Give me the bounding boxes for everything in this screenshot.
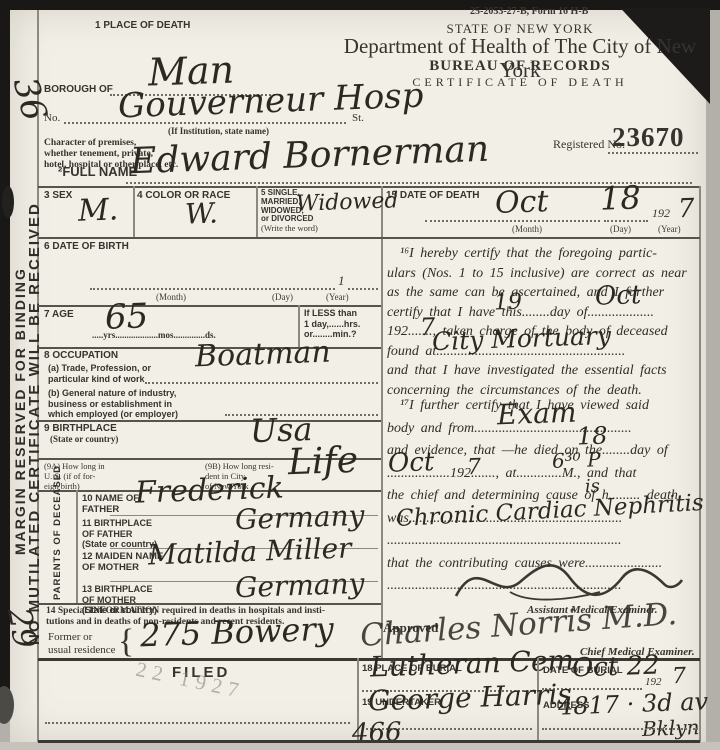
cert17-time-value: 6³⁰ P (552, 449, 601, 471)
scanned-death-certificate: 25-2053-27-B, Form 16 H-B MARGIN RESERVE… (0, 0, 720, 750)
cert17-month-value: Oct (388, 449, 435, 477)
death-year-value: 7 (678, 196, 695, 223)
marital-value: Widowed (296, 190, 399, 216)
father-bp-value: Germany (235, 502, 365, 534)
ink-blob-left (2, 186, 14, 218)
residence-value: 275 Bowery (140, 613, 335, 652)
rule-parents (38, 603, 381, 605)
dob-day-note: (Day) (272, 292, 293, 302)
institution-note: (If Institution, state name) (168, 126, 269, 136)
occupation-a-label: (a) Trade, Profession, or particular kin… (48, 363, 151, 384)
death-day-note: (Day) (610, 224, 631, 234)
parents-side-label: PARENTS OF DECEASED (52, 465, 63, 600)
cert16-line: ulars (Nos. 1 to 15 inclusive) are corre… (387, 266, 699, 286)
margin-mutilated-text: NO MUTILATED CERTIFICATE WILL BE RECEIVE… (26, 202, 43, 645)
cert16-found-at-value: City Mortuary (432, 323, 612, 354)
rule-dob (38, 305, 381, 307)
street-label: St. (352, 112, 364, 125)
cert17-day-value: 18 (577, 423, 608, 448)
address-value: 4817 · 3d av (558, 689, 709, 718)
burial-place-value: Lutheran Cem (370, 646, 575, 681)
howlong-value: Life (287, 443, 358, 481)
birthplace-note: (State or country) (50, 434, 118, 444)
cert16-month-value: Oct (595, 282, 642, 310)
burial-year-value: 7 (672, 666, 687, 688)
rule-row (38, 237, 700, 239)
undertaker-value: George Harris (368, 680, 573, 715)
death-year-note: (Year) (658, 224, 681, 234)
father-label: 10 NAME OF FATHER (82, 493, 139, 515)
occupation-a-dotted (145, 382, 378, 384)
place-value: Gouverneur Hosp (117, 79, 423, 124)
residence-brace: { (118, 622, 134, 661)
cert17-year-value: 7 (467, 457, 482, 479)
cell-divider-color (256, 186, 258, 237)
parents-divider (76, 490, 78, 603)
color-value: W. (185, 199, 219, 228)
cert16-line: as the same can be ascertained, and I fu… (387, 285, 699, 305)
cell-divider-sex (133, 186, 135, 237)
death-day-value: 18 (599, 181, 641, 214)
cert17-his-value: is (585, 478, 601, 497)
address-dotted (542, 728, 698, 730)
cert16-day-value: 19 (494, 292, 523, 315)
bureau-line: BUREAU OF RECORDS (370, 58, 670, 75)
burial-year-printed: 192 (645, 676, 662, 689)
death-month-value: Oct (494, 187, 548, 219)
dob-dotted-line (90, 288, 335, 290)
occupation-a-value: Boatman (195, 338, 332, 373)
dob-month-note: (Month) (156, 292, 186, 302)
column-divider (381, 186, 383, 658)
residence-label: Former or usual residence (48, 631, 116, 656)
borough-label: BOROUGH OF (44, 84, 113, 96)
death-day-dotted (604, 220, 648, 222)
dob-year-prefix: 1 (338, 274, 345, 289)
mother-bp-value: Germany (235, 570, 365, 602)
cert16-line: and that I have investigated the essenti… (387, 363, 699, 383)
mother-value: Matilda Miller (148, 534, 352, 569)
sex-value: M. (77, 195, 118, 226)
death-year-printed: 192 (652, 207, 670, 221)
left-edge-bar (0, 0, 10, 705)
marital-note: (Write the word) (261, 224, 318, 234)
occupation-b-label: (b) General nature of industry, business… (48, 388, 178, 420)
rule-bottom (38, 740, 700, 743)
sex-label: 3 SEX (44, 190, 72, 202)
dob-label: 6 DATE OF BIRTH (44, 241, 129, 253)
dob-year-note: (Year) (326, 292, 349, 302)
age-label: 7 AGE (44, 309, 74, 321)
cert17-from-value: Exam (497, 399, 577, 430)
place-of-death-label: 1 PLACE OF DEATH (95, 20, 190, 32)
dob-year-dotted (348, 288, 378, 290)
father-bp-label: 11 BIRTHPLACE OF FATHER (State or countr… (82, 518, 157, 550)
rule-occupation (38, 420, 381, 422)
registered-value: 23670 (612, 122, 685, 153)
full-name-label: ²FULL NAME (58, 164, 137, 179)
form-number: 25-2053-27-B, Form 16 H-B (470, 6, 588, 18)
occupation-label: 8 OCCUPATION (44, 350, 118, 362)
death-date-label: 15 DATE OF DEATH (386, 190, 480, 202)
death-month-note: (Month) (512, 224, 542, 234)
margin-scribble-bottom: 29 (3, 605, 42, 651)
top-edge-bar (0, 0, 720, 10)
number-label: No. (44, 112, 60, 125)
cert16-line: ¹⁶I hereby certify that the foregoing pa… (387, 246, 699, 266)
filed-dotted-line (45, 722, 350, 724)
